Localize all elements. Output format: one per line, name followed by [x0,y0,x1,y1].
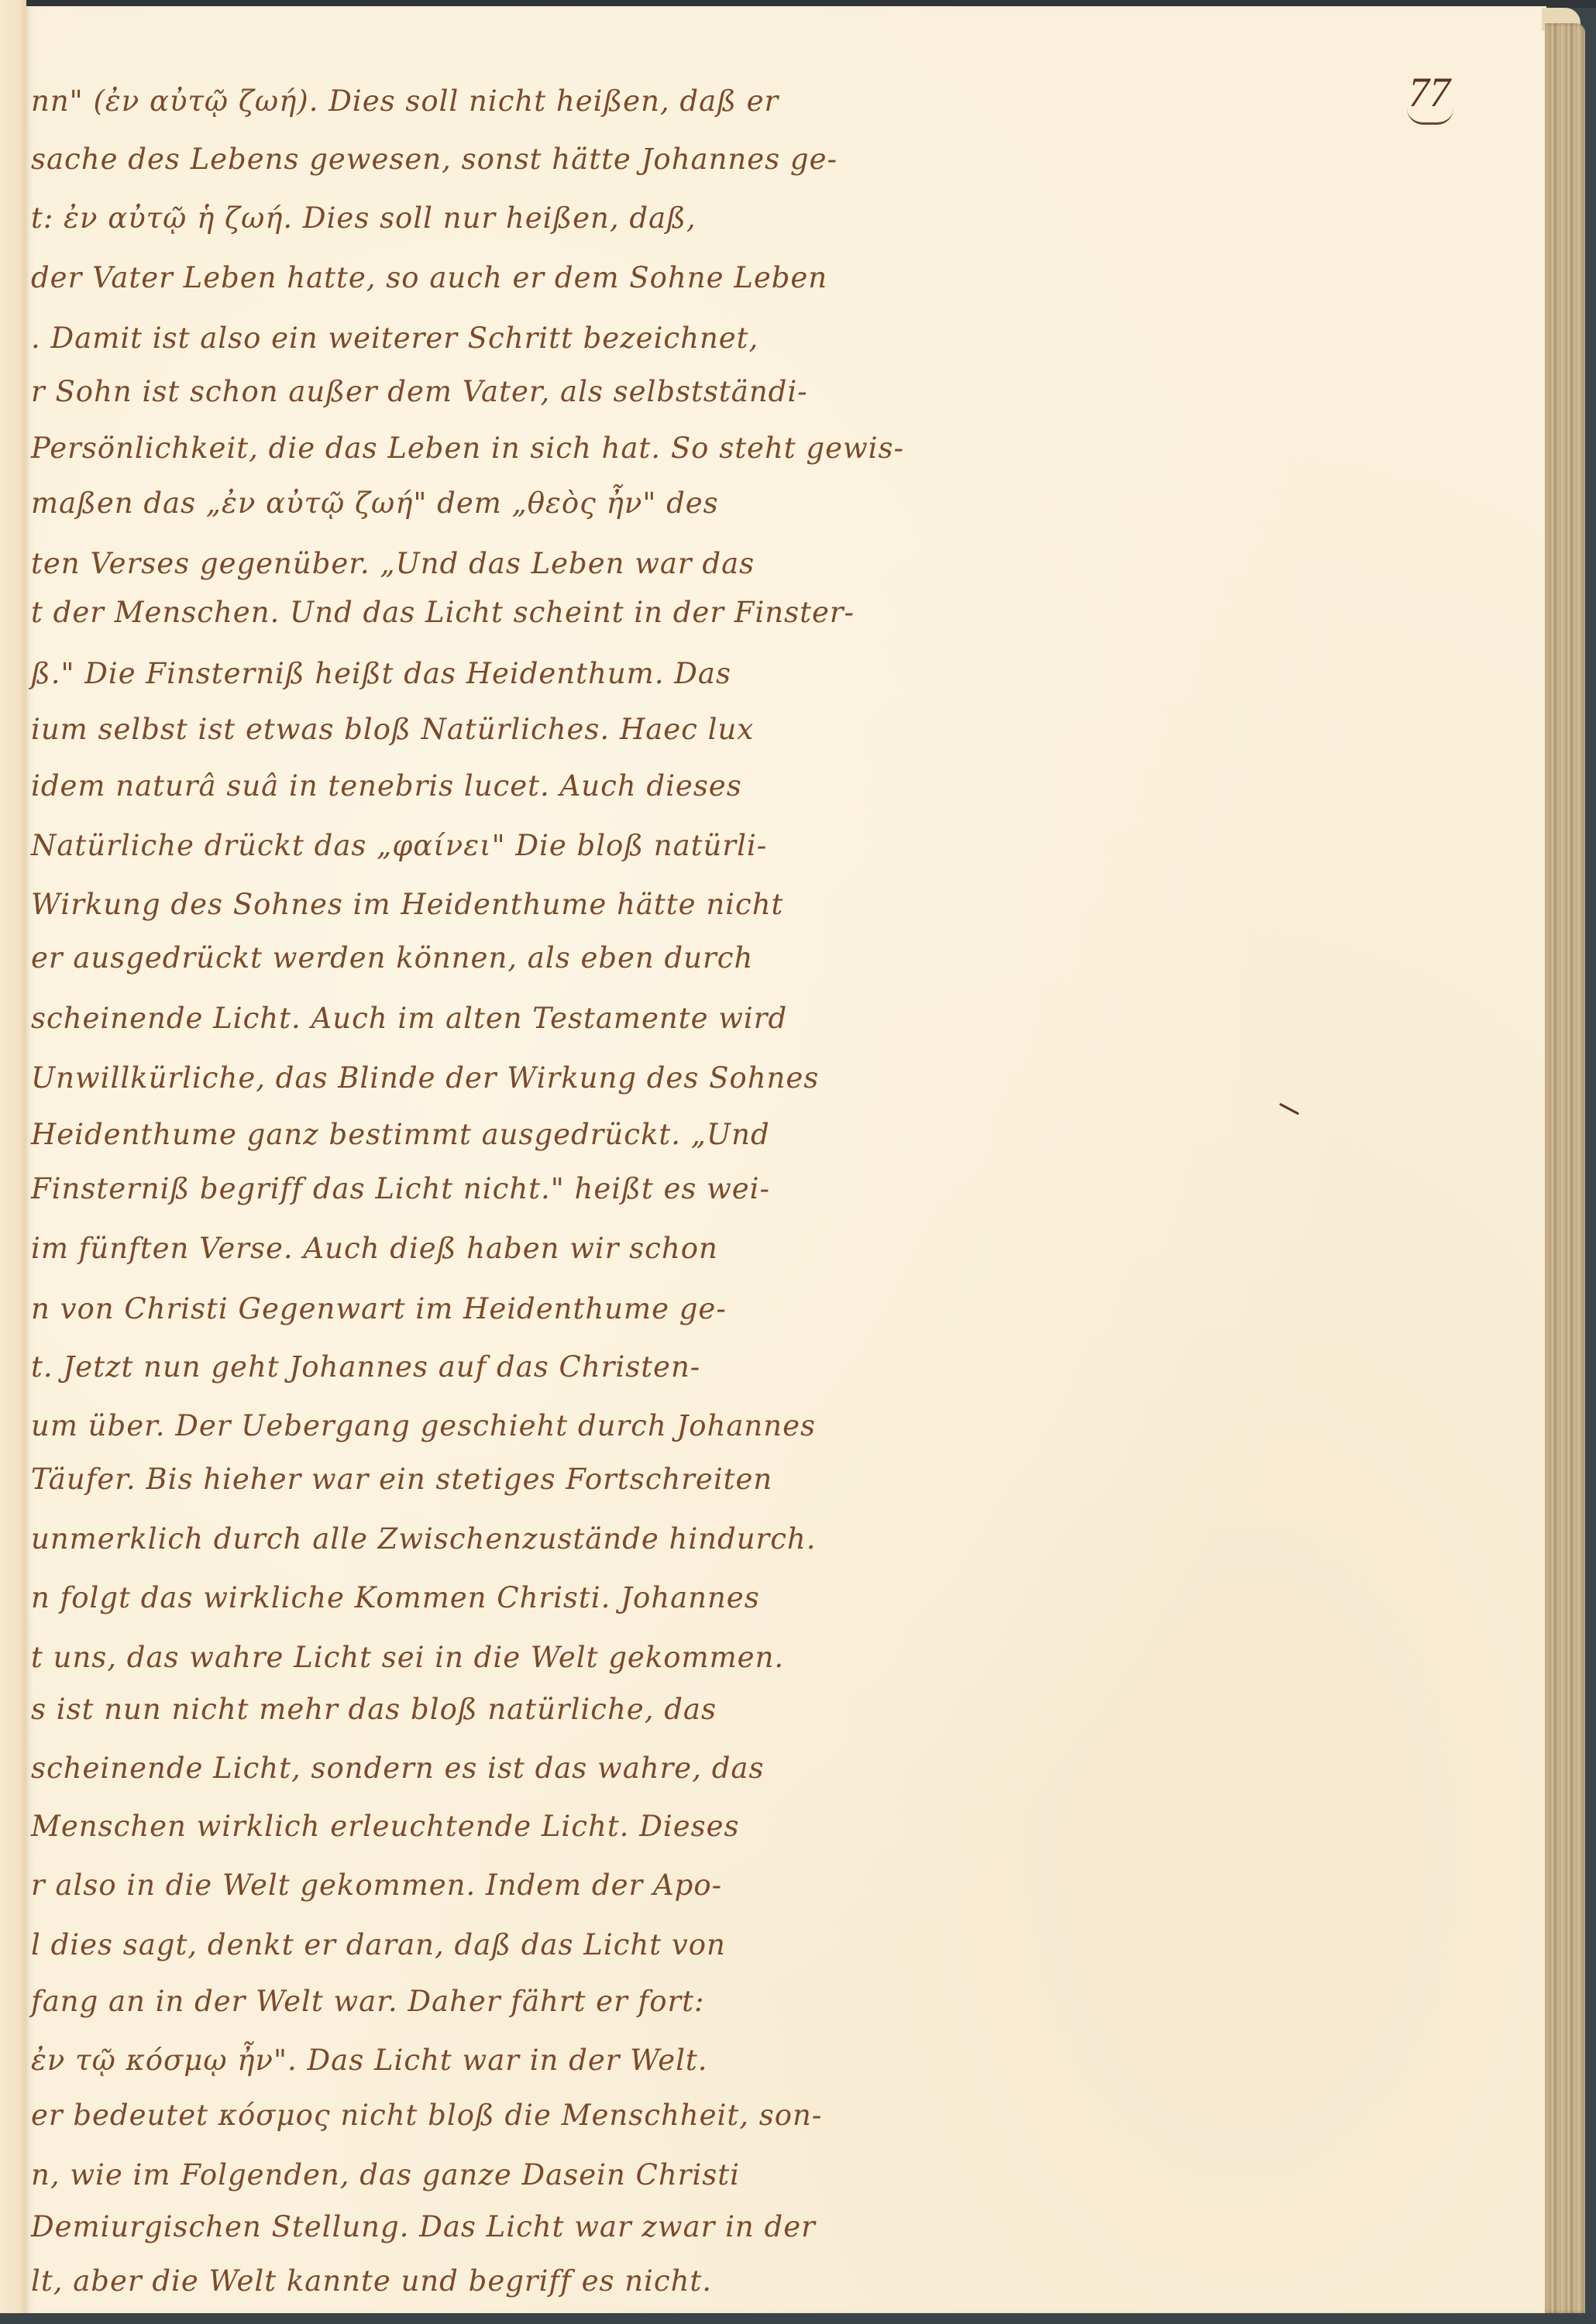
text-line: sache des Lebens gewesen, sonst hätte Jo… [31,145,838,174]
text-line: idem naturâ suâ in tenebris lucet. Auch … [31,772,742,800]
text-line: r also in die Welt gekommen. Indem der A… [31,1871,722,1899]
text-line: fang an in der Welt war. Daher fährt er … [31,1987,705,2016]
text-line: n folgt das wirkliche Kommen Christi. Jo… [31,1583,760,1612]
text-line: Unwillkürliche, das Blinde der Wirkung d… [31,1064,819,1092]
text-line: lt, aber die Welt kannte und begriff es … [31,2267,712,2295]
text-line: nn" (ἐν αὐτῷ ζωή). Dies soll nicht heiße… [31,87,779,115]
text-line: maßen das „ἐν αὐτῷ ζωή" dem „θεὸς ἦν" de… [31,489,719,517]
text-line: t der Menschen. Und das Licht scheint in… [31,598,855,627]
text-line: r Sohn ist schon außer dem Vater, als se… [31,377,808,406]
text-line: s ist nun nicht mehr das bloß natürliche… [31,1695,717,1724]
text-line: t uns, das wahre Licht sei in die Welt g… [31,1643,784,1672]
text-line: scheinende Licht, sondern es ist das wah… [31,1754,764,1783]
text-line: im fünften Verse. Auch dieß haben wir sc… [31,1234,718,1263]
text-line: n, wie im Folgenden, das ganze Dasein Ch… [31,2161,740,2189]
text-line: er bedeutet κόσμος nicht bloß die Mensch… [31,2101,822,2130]
text-line: Menschen wirklich erleuchtende Licht. Di… [31,1812,739,1841]
text-line: Täufer. Bis hieher war ein stetiges Fort… [31,1465,772,1494]
text-line: l dies sagt, denkt er daran, daß das Lic… [31,1930,726,1959]
scanner-background-bottom [0,2313,1596,2324]
text-line: . Damit ist also ein weiterer Schritt be… [31,324,758,352]
text-line: Heidenthume ganz bestimmt ausgedrückt. „… [31,1120,770,1149]
text-line: Demiurgischen Stellung. Das Licht war zw… [31,2212,816,2241]
page-stack-edge [1545,23,1585,2313]
text-line: Natürliche drückt das „φαίνει" Die bloß … [31,831,767,860]
text-line: er ausgedrückt werden können, als eben d… [31,944,753,972]
text-line: n von Christi Gegenwart im Heidenthume g… [31,1294,727,1323]
text-line: unmerklich durch alle Zwischenzustände h… [31,1525,817,1553]
text-line: Wirkung des Sohnes im Heidenthume hätte … [31,890,783,919]
book-gutter [0,0,26,2316]
text-line: t: ἐν αὐτῷ ἡ ζωή. Dies soll nur heißen, … [31,204,697,232]
text-line: ß." Die Finsterniß heißt das Heidenthum.… [31,659,731,688]
text-line: um über. Der Uebergang geschieht durch J… [31,1411,816,1440]
text-line: der Vater Leben hatte, so auch er dem So… [31,263,827,292]
text-line: ium selbst ist etwas bloß Natürliches. H… [31,715,754,744]
text-line: t. Jetzt nun geht Johannes auf das Chris… [31,1353,700,1381]
text-line: ten Verses gegenüber. „Und das Leben war… [31,549,755,578]
text-line: Persönlichkeit, die das Leben in sich ha… [31,434,904,462]
text-line: Finsterniß begriff das Licht nicht." hei… [31,1174,770,1203]
text-line: ἐν τῷ κόσμῳ ἦν". Das Licht war in der We… [31,2046,708,2075]
text-line: scheinende Licht. Auch im alten Testamen… [31,1004,787,1033]
